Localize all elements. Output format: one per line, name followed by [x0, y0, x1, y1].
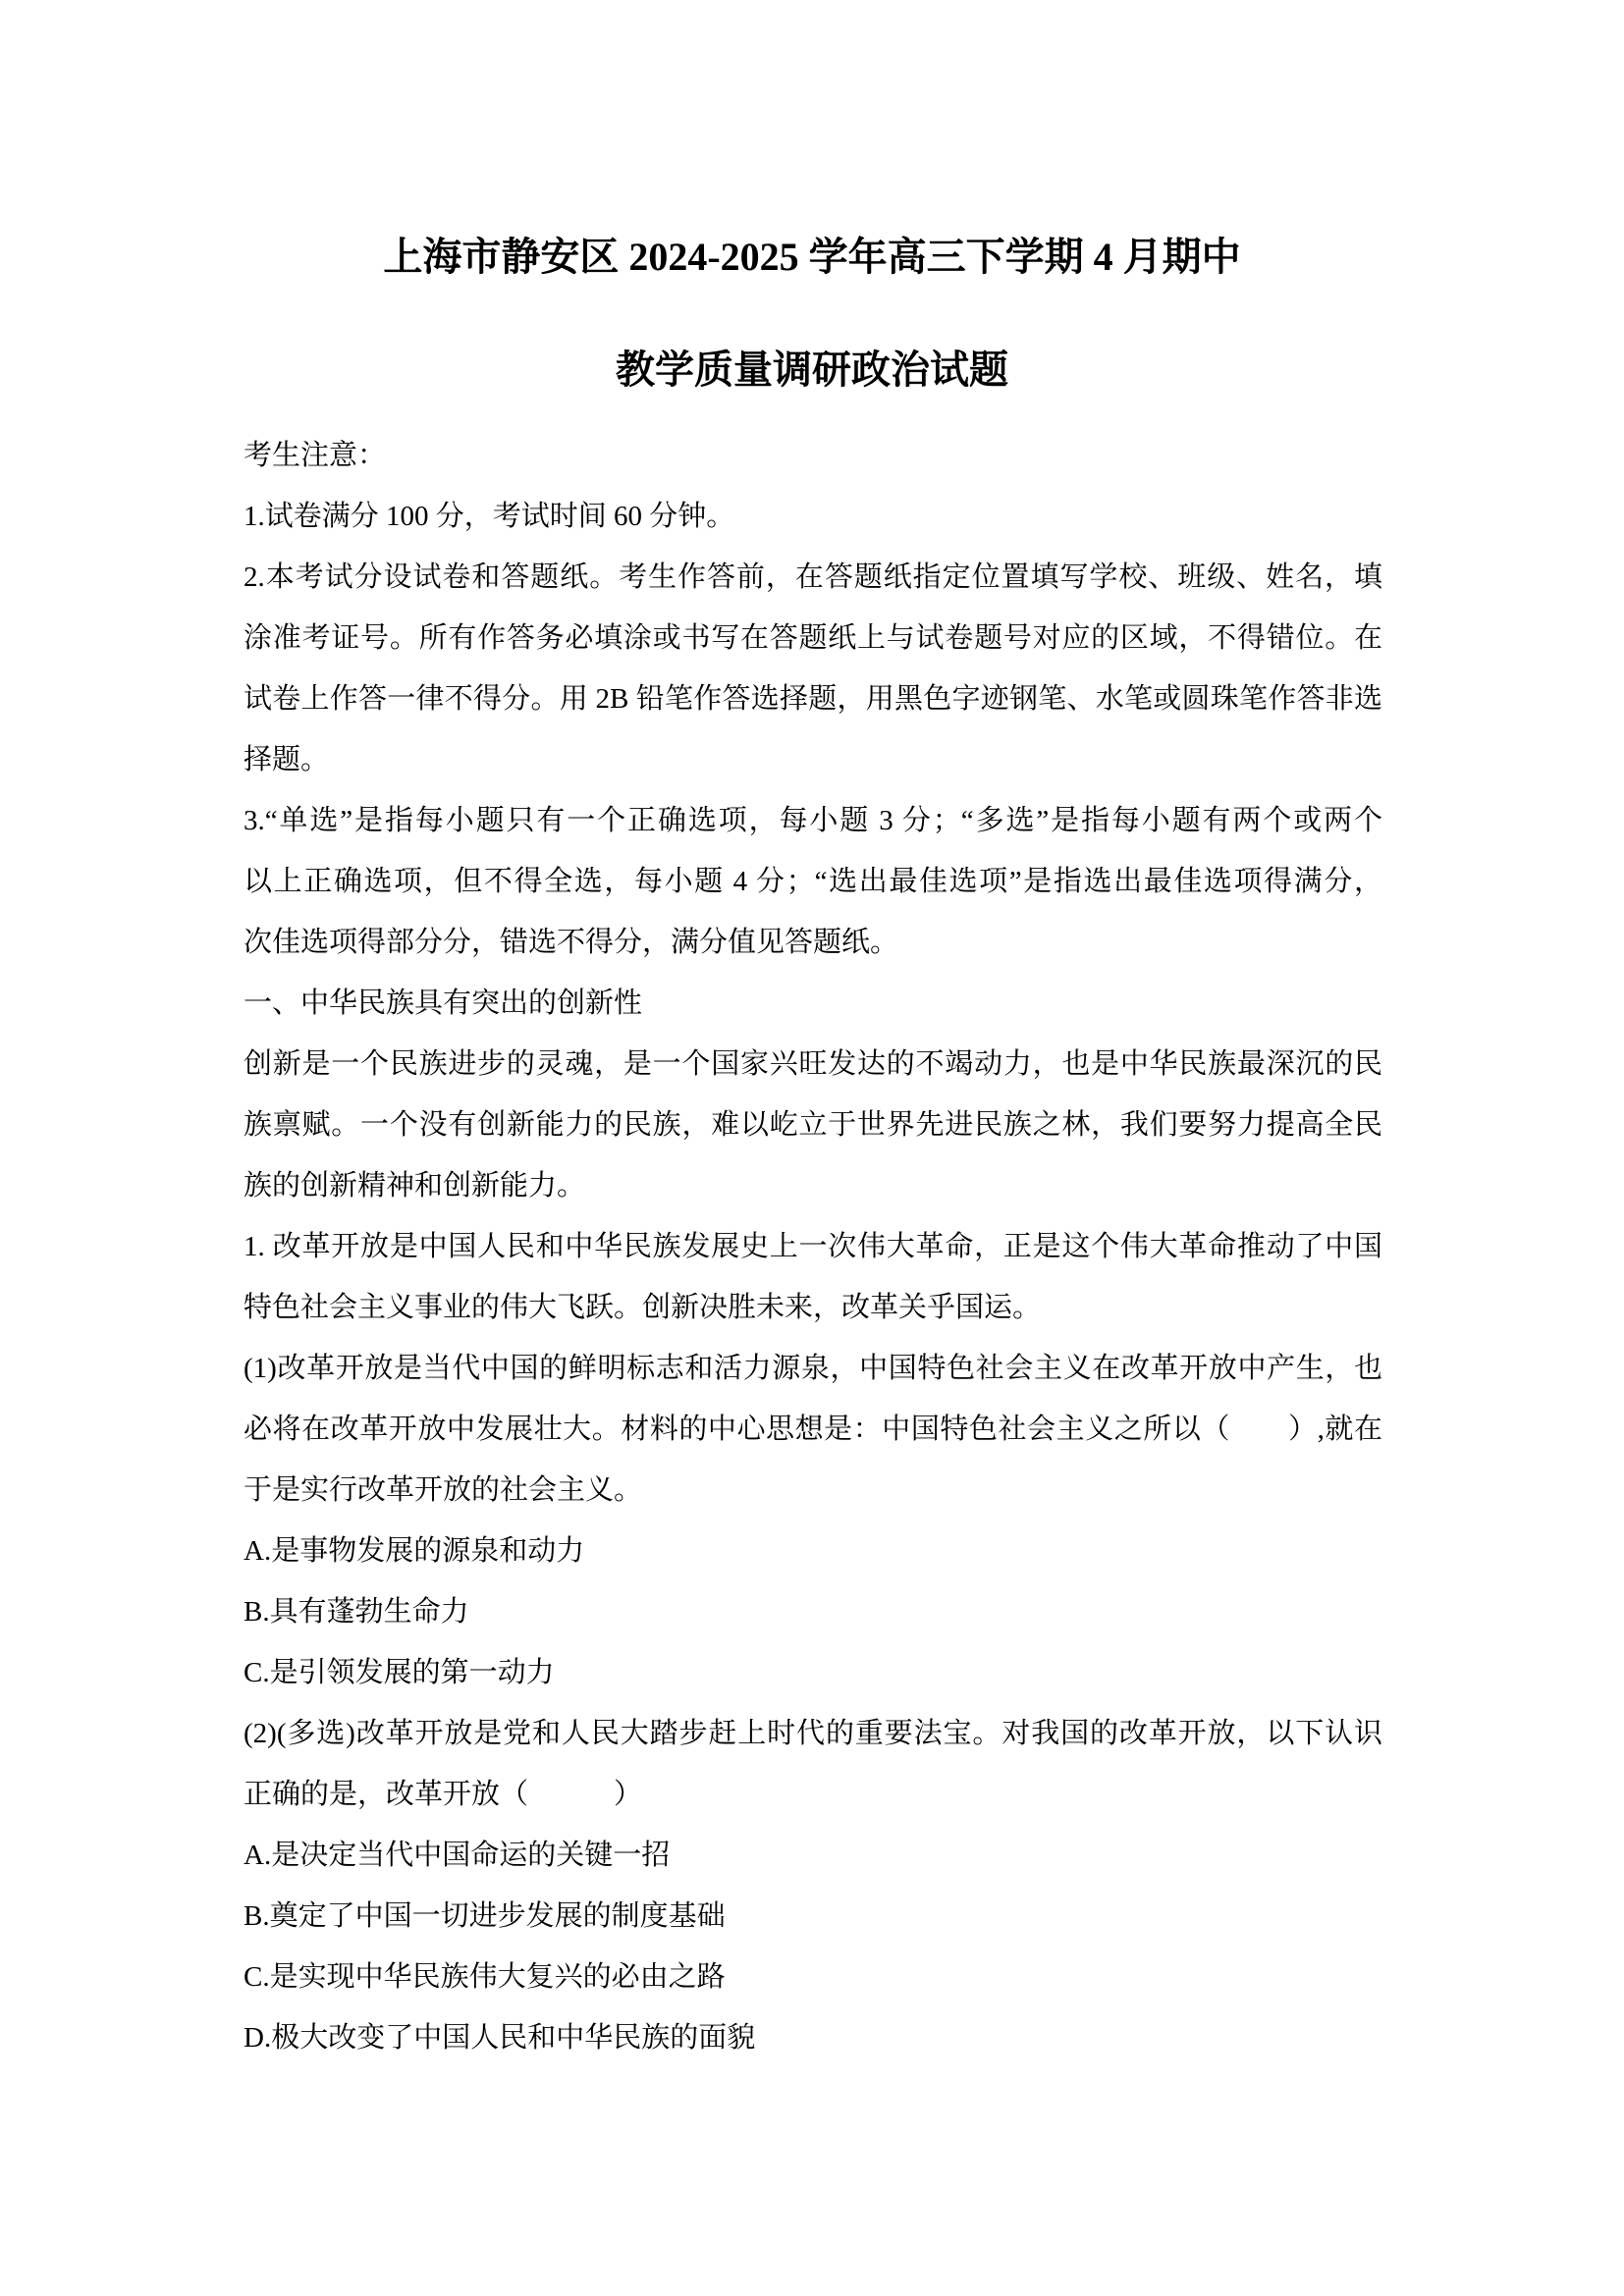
exam-paper-page: 上海市静安区 2024-2025 学年高三下学期 4 月期中 教学质量调研政治试… — [0, 0, 1624, 2296]
question-line: (1)改革开放是当代中国的鲜明标志和活力源泉，中国特色社会主义在改革开放中产生，… — [244, 1338, 1382, 1399]
question-line: (2)(多选)改革开放是党和人民大踏步赶上时代的重要法宝。对我国的改革开放，以下… — [244, 1703, 1382, 1764]
document-line: 2.本考试分设试卷和答题纸。考生作答前，在答题纸指定位置填写学校、班级、姓名，填 — [244, 547, 1382, 608]
question-line: 特色社会主义事业的伟大飞跃。创新决胜未来，改革关乎国运。 — [244, 1277, 1382, 1338]
option-line: A.是事物发展的源泉和动力 — [244, 1521, 1382, 1581]
document-line: 次佳选项得部分分，错选不得分，满分值见答题纸。 — [244, 912, 1382, 973]
exam-body: 考生注意： 1.试卷满分 100 分，考试时间 60 分钟。 2.本考试分设试卷… — [244, 425, 1382, 2068]
document-line: 3.“单选”是指每小题只有一个正确选项，每小题 3 分；“多选”是指每小题有两个… — [244, 790, 1382, 851]
document-line: 1.试卷满分 100 分，考试时间 60 分钟。 — [244, 486, 1382, 547]
option-line: B.奠定了中国一切进步发展的制度基础 — [244, 1886, 1382, 1947]
exam-title-line-1: 上海市静安区 2024-2025 学年高三下学期 4 月期中 — [0, 228, 1624, 287]
document-line: 以上正确选项，但不得全选，每小题 4 分；“选出最佳选项”是指选出最佳选项得满分… — [244, 851, 1382, 912]
question-line: 于是实行改革开放的社会主义。 — [244, 1460, 1382, 1521]
document-line: 创新是一个民族进步的灵魂，是一个国家兴旺发达的不竭动力，也是中华民族最深沉的民 — [244, 1034, 1382, 1095]
exam-title-line-2: 教学质量调研政治试题 — [0, 341, 1624, 400]
document-line: 族的创新精神和创新能力。 — [244, 1155, 1382, 1216]
document-line: 涂准考证号。所有作答务必填涂或书写在答题纸上与试卷题号对应的区域，不得错位。在 — [244, 608, 1382, 668]
document-line: 族禀赋。一个没有创新能力的民族，难以屹立于世界先进民族之林，我们要努力提高全民 — [244, 1095, 1382, 1155]
question-line: 正确的是，改革开放（ ） — [244, 1764, 1382, 1825]
document-line: 考生注意： — [244, 425, 1382, 486]
option-line: C.是引领发展的第一动力 — [244, 1642, 1382, 1703]
option-line: B.具有蓬勃生命力 — [244, 1581, 1382, 1642]
document-line: 试卷上作答一律不得分。用 2B 铅笔作答选择题，用黑色字迹钢笔、水笔或圆珠笔作答… — [244, 668, 1382, 729]
document-line: 择题。 — [244, 729, 1382, 790]
question-line: 必将在改革开放中发展壮大。材料的中心思想是：中国特色社会主义之所以（ ）,就在 — [244, 1399, 1382, 1460]
question-line: 1. 改革开放是中国人民和中华民族发展史上一次伟大革命，正是这个伟大革命推动了中… — [244, 1216, 1382, 1277]
option-line: A.是决定当代中国命运的关键一招 — [244, 1825, 1382, 1886]
section-heading-line: 一、中华民族具有突出的创新性 — [244, 973, 1382, 1034]
option-line: D.极大改变了中国人民和中华民族的面貌 — [244, 2007, 1382, 2068]
option-line: C.是实现中华民族伟大复兴的必由之路 — [244, 1947, 1382, 2007]
